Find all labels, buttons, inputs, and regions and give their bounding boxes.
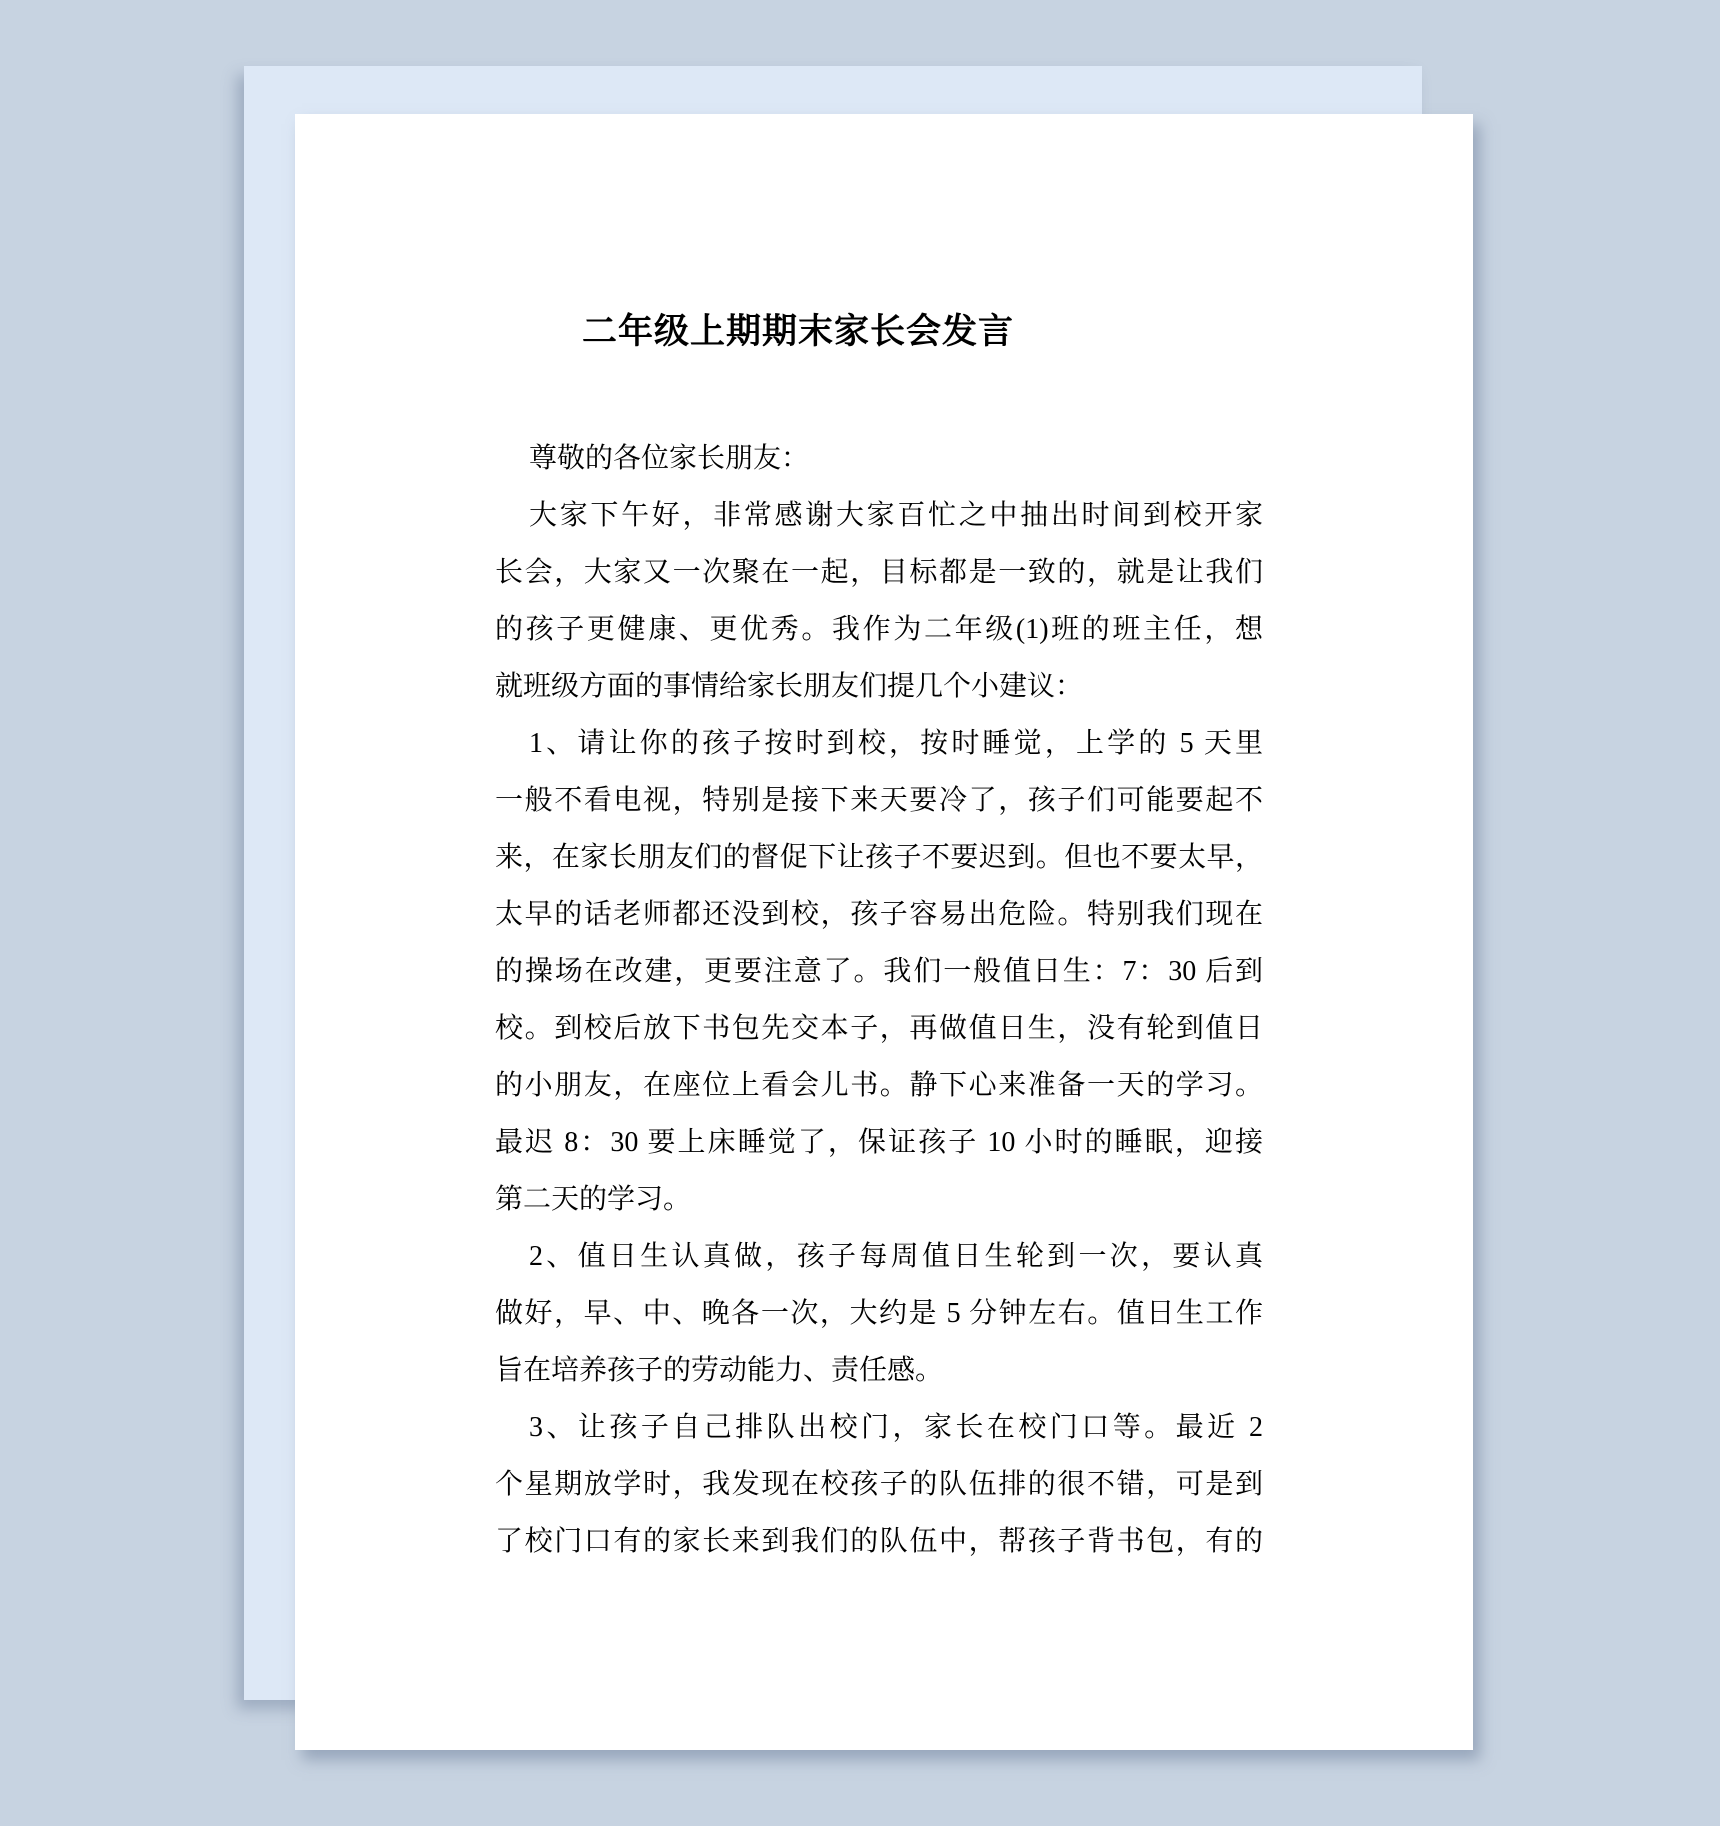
text-line: 来，在家长朋友们的督促下让孩子不要迟到。但也不要太早， (495, 829, 1263, 886)
text-line: 做好，早、中、晚各一次，大约是 5 分钟左右。值日生工作 (495, 1285, 1263, 1342)
text-line: 尊敬的各位家长朋友： (495, 430, 1263, 487)
text-line: 第二天的学习。 (495, 1171, 1263, 1228)
text-line: 个星期放学时，我发现在校孩子的队伍排的很不错，可是到 (495, 1456, 1263, 1513)
text-line: 就班级方面的事情给家长朋友们提几个小建议： (495, 658, 1263, 715)
text-line: 的操场在改建，更要注意了。我们一般值日生：7：30 后到 (495, 943, 1263, 1000)
text-line: 2、值日生认真做，孩子每周值日生轮到一次，要认真 (495, 1228, 1263, 1285)
text-line: 校。到校后放下书包先交本子，再做值日生，没有轮到值日 (495, 1000, 1263, 1057)
text-line: 了校门口有的家长来到我们的队伍中，帮孩子背书包，有的 (495, 1513, 1263, 1570)
text-line: 大家下午好，非常感谢大家百忙之中抽出时间到校开家 (495, 487, 1263, 544)
text-line: 长会，大家又一次聚在一起，目标都是一致的，就是让我们 (495, 544, 1263, 601)
text-line: 1、请让你的孩子按时到校，按时睡觉，上学的 5 天里 (495, 715, 1263, 772)
text-line: 旨在培养孩子的劳动能力、责任感。 (495, 1342, 1263, 1399)
text-line: 最迟 8：30 要上床睡觉了，保证孩子 10 小时的睡眠，迎接 (495, 1114, 1263, 1171)
desktop-background: 二年级上期期末家长会发言 尊敬的各位家长朋友：大家下午好，非常感谢大家百忙之中抽… (0, 0, 1720, 1826)
text-line: 太早的话老师都还没到校，孩子容易出危险。特别我们现在 (495, 886, 1263, 943)
text-line: 的小朋友，在座位上看会儿书。静下心来准备一天的学习。 (495, 1057, 1263, 1114)
text-line: 3、让孩子自己排队出校门，家长在校门口等。最近 2 (495, 1399, 1263, 1456)
text-line: 的孩子更健康、更优秀。我作为二年级(1)班的班主任，想 (495, 601, 1263, 658)
text-line: 一般不看电视，特别是接下来天要冷了，孩子们可能要起不 (495, 772, 1263, 829)
document-title: 二年级上期期末家长会发言 (582, 304, 1014, 354)
document-body: 尊敬的各位家长朋友：大家下午好，非常感谢大家百忙之中抽出时间到校开家长会，大家又… (495, 430, 1263, 1570)
document-page: 二年级上期期末家长会发言 尊敬的各位家长朋友：大家下午好，非常感谢大家百忙之中抽… (295, 114, 1473, 1750)
